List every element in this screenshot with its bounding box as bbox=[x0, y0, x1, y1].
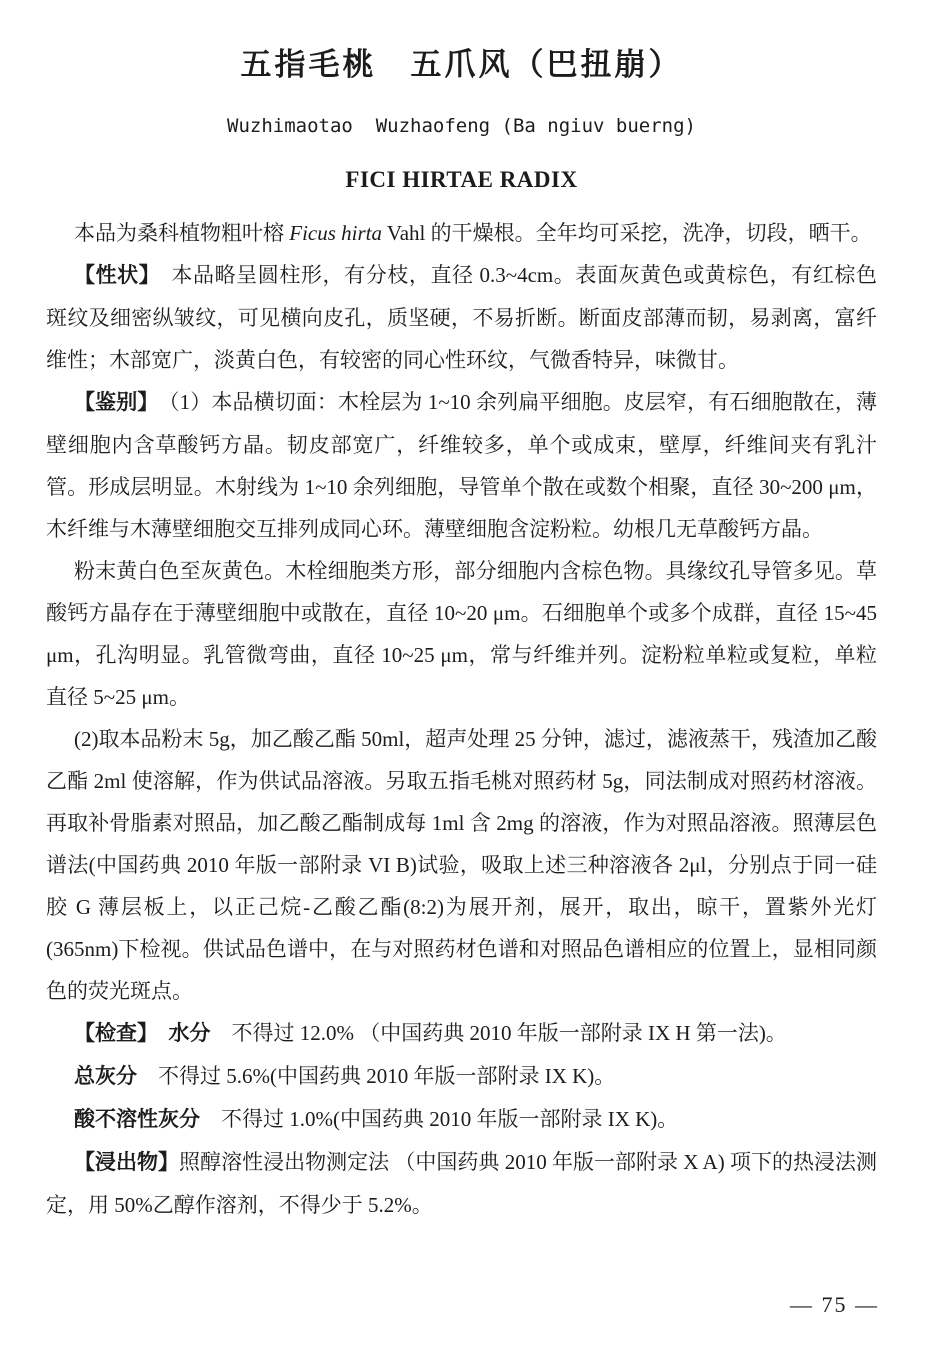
paragraph-5: (2)取本品粉末 5g，加乙酸乙酯 50ml，超声处理 25 分钟，滤过，滤液蒸… bbox=[46, 718, 877, 1012]
document-page: 五指毛桃 五爪风（巴扭崩） Wuzhimaotao Wuzhaofeng (Ba… bbox=[0, 0, 927, 1353]
page-number: — 75 — bbox=[790, 1292, 879, 1318]
paragraph-8: 酸不溶性灰分 不得过 1.0%(中国药典 2010 年版一部附录 IX K)。 bbox=[46, 1098, 877, 1141]
page-title: 五指毛桃 五爪风（巴扭崩） bbox=[46, 46, 877, 84]
paragraph-6: 【检查】 水分 不得过 12.0% （中国药典 2010 年版一部附录 IX H… bbox=[46, 1012, 877, 1055]
paragraph-4: 粉末黄白色至灰黄色。木栓细胞类方形，部分细胞内含棕色物。具缘纹孔导管多见。草酸钙… bbox=[46, 550, 877, 718]
text-run: Vahl 的干燥根。全年均可采挖，洗净，切段，晒干。 bbox=[382, 221, 872, 245]
text-run: 不得过 12.0% （中国药典 2010 年版一部附录 IX H 第一法)。 bbox=[211, 1021, 787, 1045]
text-run: （1）本品横切面：木栓层为 1~10 余列扁平细胞。皮层窄，有石细胞散在，薄壁细… bbox=[46, 390, 877, 541]
section-label: 【检查】 bbox=[74, 1022, 148, 1045]
section-label: 【性状】 bbox=[74, 264, 150, 287]
text-run: (2)取本品粉末 5g，加乙酸乙酯 50ml，超声处理 25 分钟，滤过，滤液蒸… bbox=[46, 727, 877, 1003]
paragraph-1: 本品为桑科植物粗叶榕 Ficus hirta Vahl 的干燥根。全年均可采挖，… bbox=[46, 212, 877, 254]
document-body: 本品为桑科植物粗叶榕 Ficus hirta Vahl 的干燥根。全年均可采挖，… bbox=[46, 212, 877, 1226]
text-run: 粉末黄白色至灰黄色。木栓细胞类方形，部分细胞内含棕色物。具缘纹孔导管多见。草酸钙… bbox=[46, 559, 877, 709]
section-label: 酸不溶性灰分 bbox=[74, 1108, 200, 1131]
latin-title: FICI HIRTAE RADIX bbox=[46, 166, 877, 194]
paragraph-3: 【鉴别】 （1）本品横切面：木栓层为 1~10 余列扁平细胞。皮层窄，有石细胞散… bbox=[46, 381, 877, 550]
section-label: 总灰分 bbox=[74, 1065, 137, 1088]
species-latin-name: Ficus hirta bbox=[289, 221, 382, 245]
text-run: 不得过 5.6%(中国药典 2010 年版一部附录 IX K)。 bbox=[137, 1064, 615, 1088]
pinyin-title: Wuzhimaotao Wuzhaofeng (Ba ngiuv buerng) bbox=[46, 114, 877, 138]
section-label: 【鉴别】 bbox=[74, 391, 148, 414]
text-run: 本品略呈圆柱形，有分枝，直径 0.3~4cm。表面灰黄色或黄棕色，有红棕色斑纹及… bbox=[46, 263, 877, 372]
paragraph-7: 总灰分 不得过 5.6%(中国药典 2010 年版一部附录 IX K)。 bbox=[46, 1055, 877, 1098]
text-run bbox=[148, 1021, 169, 1045]
paragraph-2: 【性状】 本品略呈圆柱形，有分枝，直径 0.3~4cm。表面灰黄色或黄棕色，有红… bbox=[46, 254, 877, 381]
paragraph-9: 【浸出物】照醇溶性浸出物测定法 （中国药典 2010 年版一部附录 X A) 项… bbox=[46, 1141, 877, 1226]
section-label: 水分 bbox=[169, 1022, 211, 1045]
section-label: 【浸出物】 bbox=[74, 1151, 179, 1174]
text-run: 不得过 1.0%(中国药典 2010 年版一部附录 IX K)。 bbox=[200, 1107, 678, 1131]
text-run: 本品为桑科植物粗叶榕 bbox=[74, 221, 289, 245]
